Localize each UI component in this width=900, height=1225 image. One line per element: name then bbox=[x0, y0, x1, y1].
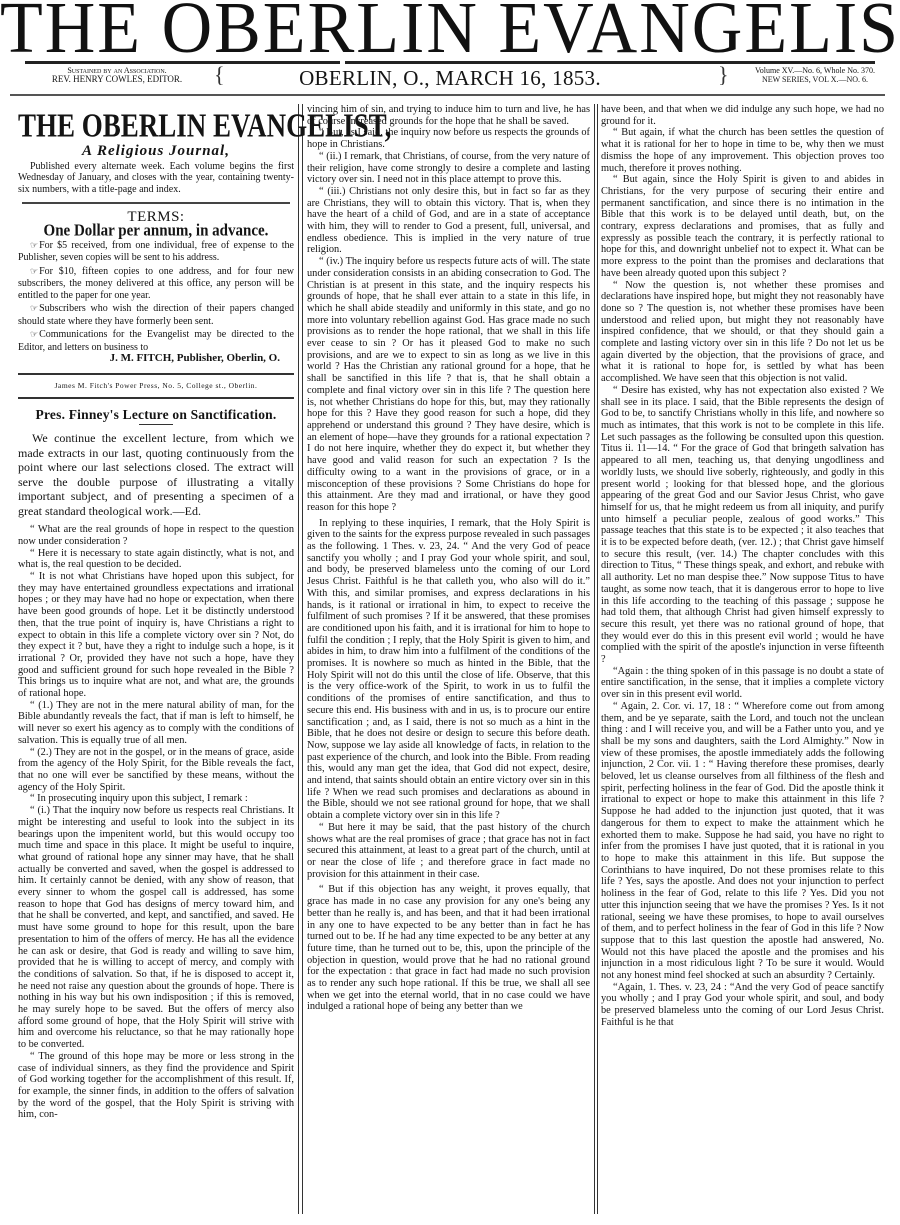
paragraph: vincing him of sin, and trying to induce… bbox=[307, 104, 590, 127]
paragraph: “ (i.) That the inquiry now before us re… bbox=[18, 805, 294, 1051]
publisher-line: J. M. FITCH, Publisher, Oberlin, O. bbox=[18, 353, 280, 365]
column-rule-2 bbox=[594, 104, 595, 1214]
pointing-hand-icon: ☞ bbox=[30, 267, 38, 277]
info-box-intro: Published every alternate week. Each vol… bbox=[18, 161, 294, 196]
paragraph: “Again : the thing spoken of in this pas… bbox=[601, 666, 884, 701]
paragraph: have been, and that when we did indulge … bbox=[601, 104, 884, 127]
paragraph: “ But here it may be said, that the past… bbox=[307, 822, 590, 881]
info-box: THE OBERLIN EVANGELIST, A Religious Jour… bbox=[18, 110, 294, 399]
paragraph: “ (2.) They are not in the gospel, or in… bbox=[18, 747, 294, 794]
paragraph: “ Again, 2. Cor. vi. 17, 18 : “ Wherefor… bbox=[601, 701, 884, 982]
paragraph: “ (ii.) I remark, that Christians, of co… bbox=[307, 151, 590, 186]
terms-note-1: ☞For $5 received, from one individual, f… bbox=[18, 240, 294, 264]
paragraph: “ Now the question is, not whether these… bbox=[601, 280, 884, 385]
paragraph: “Again, 1. Thes. v. 23, 24 : “And the ve… bbox=[601, 982, 884, 1029]
info-box-subtitle: A Religious Journal, bbox=[18, 146, 294, 158]
column-rule-1b bbox=[302, 104, 303, 1214]
issue-date: OBERLIN, O., MARCH 16, 1853. bbox=[290, 66, 610, 91]
paragraph: “ (iii.) Christians not only desire this… bbox=[307, 186, 590, 256]
paragraph: “ What are the real grounds of hope in r… bbox=[18, 524, 294, 547]
editor-intro: We continue the excellent lecture, from … bbox=[18, 431, 294, 518]
paragraph: “ But, as I said, the inquiry now before… bbox=[307, 127, 590, 150]
terms-note-2: ☞For $10, fifteen copies to one address,… bbox=[18, 266, 294, 302]
terms-note-4: ☞Communications for the Evangelist may b… bbox=[18, 329, 294, 353]
article-title: Pres. Finney's Lecture on Sanctification… bbox=[18, 409, 294, 421]
paragraph: “ (1.) They are not in the mere natural … bbox=[18, 700, 294, 747]
paragraph: “ But if this objection has any weight, … bbox=[307, 884, 590, 1013]
brace-left-icon: { bbox=[214, 64, 225, 86]
pointing-hand-icon: ☞ bbox=[30, 241, 38, 251]
column-rule-1 bbox=[298, 104, 299, 1214]
column-3: have been, and that when we did indulge … bbox=[601, 104, 884, 1029]
info-box-title: THE OBERLIN EVANGELIST, bbox=[18, 106, 294, 144]
masthead: THE OBERLIN EVANGELIST. bbox=[0, 0, 900, 60]
column-rule-2b bbox=[597, 104, 598, 1214]
paragraph: “ But again, if what the church has been… bbox=[601, 127, 884, 174]
article-body-col1: “ What are the real grounds of hope in r… bbox=[18, 524, 294, 1121]
brace-right-icon: } bbox=[718, 64, 729, 86]
title-rule bbox=[139, 424, 173, 425]
column-1: THE OBERLIN EVANGELIST, A Religious Jour… bbox=[18, 104, 294, 1121]
pointing-hand-icon: ☞ bbox=[30, 304, 38, 314]
pointing-hand-icon: ☞ bbox=[30, 330, 38, 340]
terms-price: One Dollar per annum, in advance. bbox=[18, 225, 294, 238]
paragraph: “ (iv.) The inquiry before us respects f… bbox=[307, 256, 590, 513]
dateline-right: Volume XV.—No. 6, Whole No. 370. NEW SER… bbox=[735, 66, 895, 84]
info-box-divider bbox=[22, 202, 290, 204]
dateline-rule-right bbox=[345, 94, 885, 96]
dateline-left: Sustained by an Association. REV. HENRY … bbox=[22, 66, 212, 84]
paragraph: In replying to these inquiries, I remark… bbox=[307, 518, 590, 822]
paragraph: “ But again, since the Holy Spirit is gi… bbox=[601, 174, 884, 279]
press-line: James M. Fitch's Power Press, No. 5, Col… bbox=[18, 373, 294, 399]
paragraph: “ Here it is necessary to state again di… bbox=[18, 548, 294, 571]
series-line: NEW SERIES, VOL X.—NO. 6. bbox=[735, 75, 895, 84]
newspaper-title: THE OBERLIN EVANGELIST. bbox=[0, 0, 900, 64]
terms-note-3: ☞Subscribers who wish the direction of t… bbox=[18, 303, 294, 327]
editor-line: REV. HENRY COWLES, EDITOR. bbox=[22, 75, 212, 84]
paragraph: “ Desire has existed, why has not expect… bbox=[601, 385, 884, 666]
volume-line: Volume XV.—No. 6, Whole No. 370. bbox=[735, 66, 895, 75]
paragraph: “ In prosecuting inquiry upon this subje… bbox=[18, 793, 294, 805]
column-2: vincing him of sin, and trying to induce… bbox=[307, 104, 590, 1013]
paragraph: “ The ground of this hope may be more or… bbox=[18, 1051, 294, 1121]
dateline-rule-left bbox=[10, 94, 345, 96]
paragraph: “ It is not what Christians have hoped u… bbox=[18, 571, 294, 700]
dateline: Sustained by an Association. REV. HENRY … bbox=[0, 62, 900, 92]
